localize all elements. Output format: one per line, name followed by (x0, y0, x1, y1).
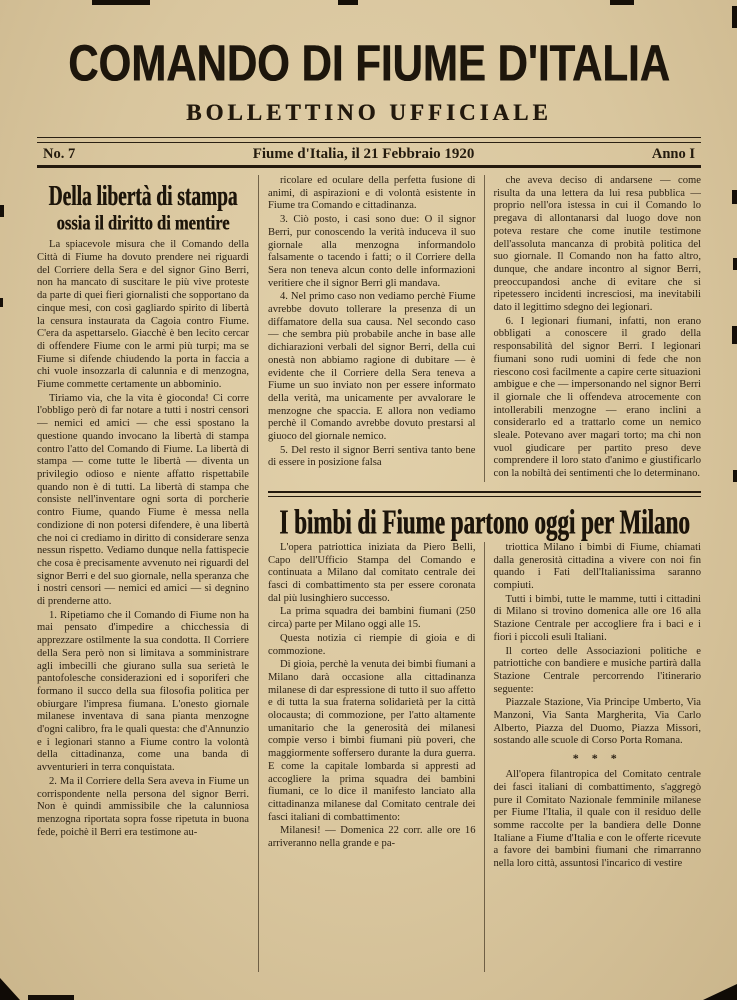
scan-artifact (732, 326, 737, 344)
paragraph: L'opera patriottica iniziata da Piero Be… (268, 542, 476, 606)
page-content: Della libertà di stampa ossia il diritto… (37, 175, 701, 972)
paragraph: Il corteo delle Associazioni politiche e… (494, 646, 702, 697)
article2-colB-paragraphs-top: triottica Milano i bimbi di Fiume, chiam… (494, 542, 702, 748)
issue-number: No. 7 (43, 146, 75, 163)
paragraph: ricolare ed oculare della perfetta fusio… (268, 175, 476, 213)
masthead: COMANDO DI FIUME D'ITALIA BOLLETTINO UFF… (37, 38, 701, 124)
scan-artifact (0, 298, 3, 307)
paragraph: 3. Ciò posto, i casi sono due: O il sign… (268, 214, 476, 290)
paragraph: Piazzale Stazione, Via Principe Umberto,… (494, 697, 702, 748)
year-label: Anno I (652, 146, 695, 163)
scan-artifact (610, 0, 634, 5)
paragraph: La prima squadra dei bambini fiumani (25… (268, 606, 476, 631)
scan-artifact (0, 205, 4, 217)
dateline-block: No. 7 Fiume d'Italia, il 21 Febbraio 192… (37, 137, 701, 168)
paragraph: Di gioia, perchè la venuta dei bimbi fiu… (268, 659, 476, 824)
article2-title: I bimbi di Fiume partono oggi per Milano (268, 505, 701, 540)
article2-divider-rule (268, 491, 701, 497)
article2-colB-paragraphs-bottom: All'opera filantropica del Comitato cent… (494, 769, 702, 871)
article1-subtitle: ossia il diritto di mentire (37, 213, 249, 234)
article1-col3-paragraphs: che aveva deciso di andarsene — come ris… (484, 175, 702, 482)
scan-artifact (28, 995, 74, 1000)
paragraph: che aveva deciso di andarsene — come ris… (494, 175, 702, 315)
paragraph: 4. Nel primo caso non vediamo perchè Fiu… (268, 291, 476, 443)
paragraph: La spiacevole misura che il Comando dell… (37, 239, 249, 391)
asterisk-separator: * * * (494, 751, 702, 766)
scan-artifact (732, 6, 737, 28)
paragraph: Milanesi! — Domenica 22 corr. alle ore 1… (268, 825, 476, 850)
paragraph: 6. I legionari fiumani, infatti, non era… (494, 316, 702, 481)
dateline-rule-bottom (37, 165, 701, 168)
scan-artifact (703, 984, 737, 1000)
masthead-subtitle: BOLLETTINO UFFICIALE (37, 101, 701, 124)
newspaper-page: COMANDO DI FIUME D'ITALIA BOLLETTINO UFF… (0, 0, 737, 1000)
paragraph: Tiriamo via, che la vita è gioconda! Ci … (37, 393, 249, 609)
article1-col2-paragraphs: ricolare ed oculare della perfetta fusio… (268, 175, 484, 482)
scan-artifact (733, 470, 737, 482)
paragraph: 5. Del resto il signor Berri sentiva tan… (268, 445, 476, 470)
article2-body: L'opera patriottica iniziata da Piero Be… (268, 542, 701, 972)
scan-artifact (732, 190, 737, 204)
paragraph: Questa notizia ci riempie di gioia e di … (268, 633, 476, 658)
article2-colA-paragraphs: L'opera patriottica iniziata da Piero Be… (268, 542, 484, 972)
column-left: Della libertà di stampa ossia il diritto… (37, 175, 259, 972)
right-region: ricolare ed oculare della perfetta fusio… (259, 175, 701, 972)
scan-artifact (733, 258, 737, 270)
scan-artifact (338, 0, 358, 5)
paragraph: All'opera filantropica del Comitato cent… (494, 769, 702, 871)
paragraph: triottica Milano i bimbi di Fiume, chiam… (494, 542, 702, 593)
article1-title: Della libertà di stampa (37, 181, 251, 214)
article1-continuation: ricolare ed oculare della perfetta fusio… (268, 175, 701, 482)
article1-col1-paragraphs: La spiacevole misura che il Comando dell… (37, 239, 249, 839)
scan-artifact (92, 0, 150, 5)
paragraph: 2. Ma il Corriere della Sera aveva in Fi… (37, 776, 249, 840)
paragraph: Tutti i bimbi, tutte le mamme, tutti i c… (494, 594, 702, 645)
paragraph: 1. Ripetiamo che il Comando di Fiume non… (37, 610, 249, 775)
scan-artifact (0, 978, 20, 1000)
place-and-date: Fiume d'Italia, il 21 Febbraio 1920 (253, 146, 475, 163)
article1-heading: Della libertà di stampa ossia il diritto… (37, 181, 249, 229)
article2-colB: triottica Milano i bimbi di Fiume, chiam… (484, 542, 702, 972)
dateline: No. 7 Fiume d'Italia, il 21 Febbraio 192… (37, 143, 701, 165)
masthead-title: COMANDO DI FIUME D'ITALIA (37, 38, 701, 89)
